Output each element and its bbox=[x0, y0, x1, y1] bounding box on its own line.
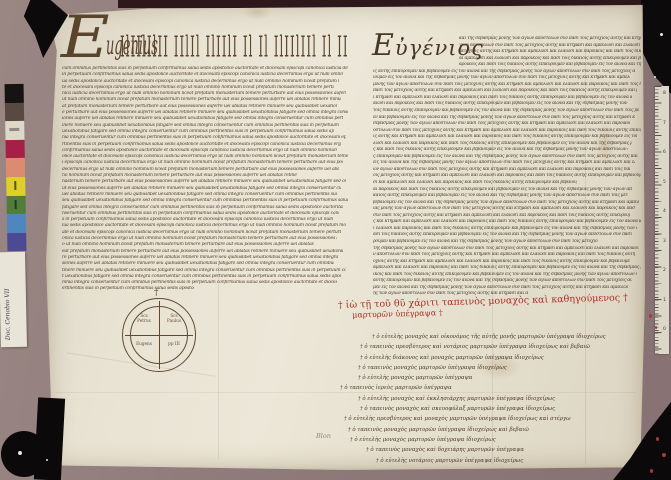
witness-signature-line: † ὁ εὐτελὴς μοναχὸς μαρτυρῶν ὑπέγραψα ἰδ… bbox=[350, 435, 552, 445]
script-line: ᾶσι τοῖς δικαίοις αὐτῆς ἐπικυροῦμεν καὶ … bbox=[373, 232, 632, 239]
script-line: siones auferre uel ablatas retinere minu… bbox=[62, 261, 334, 267]
witness-signature-line: † ὁ ταπεινὸς ἱερεὺς μαρτυρῶν ὑπέγραψα bbox=[340, 383, 493, 393]
script-line: μετοχίοις αὐτῆς καὶ κτήμασι καὶ ἀμπελῶσι… bbox=[459, 49, 641, 56]
ruler-number: 8 bbox=[663, 91, 666, 96]
witness-signature-line: † ὁ εὐτελὴς νοτάριος μαρτυρῶν ὑπέγραψα ἰ… bbox=[376, 456, 596, 466]
latin-text-column: cum omnibus pertinentiis suis in perpetu… bbox=[62, 66, 348, 294]
color-swatch-blue bbox=[7, 214, 26, 233]
script-line: ροῦμεν καὶ βεβαιοῦμεν εἰς τὸν αἰῶνα καὶ … bbox=[373, 239, 598, 246]
script-line: rtinentiis suis in perpetuum confirmamus… bbox=[62, 142, 341, 148]
script-line: ut eius possessiones auferre uel ablatas… bbox=[62, 186, 341, 192]
ruler-number: 0 bbox=[663, 327, 666, 332]
script-line: σι καὶ ἀμπελῶσι καὶ ἐλαιῶσι καὶ παροίκοι… bbox=[373, 180, 577, 187]
color-swatch-dark-brown bbox=[5, 102, 24, 121]
script-line: εἰς τὸν αἰῶνα καὶ τῆς σεβασμίας μονῆς τῶ… bbox=[373, 160, 635, 167]
script-line: lua sedis apostolice auctoritate et dioc… bbox=[62, 223, 346, 229]
witness-signature-line: † ὁ εὐτελὴς διάκονος καὶ μοναχὸς μαρτυρῶ… bbox=[360, 353, 629, 363]
clip-highlight bbox=[18, 451, 22, 455]
ruler-number: 3 bbox=[663, 239, 666, 244]
color-swatch-white bbox=[5, 121, 24, 140]
latin-header-elongated-script: IlIIlIlII IIlIl IlIIlI Il Il IlIIlIIl Il… bbox=[120, 30, 348, 64]
color-swatch-black bbox=[5, 84, 24, 103]
swatch-label-mark bbox=[9, 128, 19, 131]
script-line: o ut nulli omnino hominum liceat prefatu… bbox=[62, 242, 314, 248]
witness-signature-line: † ὁ ταπεινὸς μοναχὸς μαρτυρῶν ὑπέγραψα ἰ… bbox=[358, 363, 578, 373]
color-calibration-bar bbox=[5, 84, 27, 252]
rota-cross-horizontal bbox=[125, 335, 193, 336]
witness-signature-line: † ὁ ταπεινὸς μοναχὸς καὶ δοχειάρης μαρτυ… bbox=[366, 445, 599, 455]
script-line: αὐτῆς ἐπικυροῦμεν καὶ βεβαιοῦμεν εἰς τὸν… bbox=[373, 278, 632, 285]
script-line: ς καὶ κτήμασι καὶ ἀμπελῶσι καὶ ἐλαιῶσι κ… bbox=[373, 219, 641, 226]
witness-signatures: † ὁ εὐτελὴς μοναχὸς καὶ οἰκονόμος τῆς αὐ… bbox=[338, 332, 644, 468]
witness-signature-line: † ὁ εὐτελὴς μοναχὸς μαρτυρῶν ὑπέγραψα bbox=[358, 373, 535, 383]
script-line: iones auferre uel ablatas retinere minue… bbox=[62, 116, 343, 122]
color-swatch-yellow bbox=[6, 177, 25, 196]
script-line: τοῖς δικαίοις αὐτῆς ἐπικυροῦμεν καὶ βεβα… bbox=[373, 108, 639, 115]
witness-signature-line: † ὁ εὐτελὴς πρεσβύτερος καὶ μοναχὸς μαρτ… bbox=[344, 414, 641, 424]
photograph-of-charter: E ugenius IlIIlIlII IIlIl IlIIlI Il Il I… bbox=[0, 0, 671, 480]
color-swatch-crimson bbox=[6, 140, 25, 159]
script-line: καίοις αὐτῆς ἐπικυροῦμεν καὶ βεβαιοῦμεν … bbox=[373, 193, 628, 200]
witness-signature-line: † ὁ εὐτελὴς μοναχὸς καὶ ἐκκλησιάρχης μαρ… bbox=[358, 394, 597, 404]
rota-quadrant-paulus: ScsPaulus bbox=[161, 314, 187, 323]
rota-quadrant-pp: pp III bbox=[161, 342, 187, 347]
script-line: ν ἀποστόλων σὺν πᾶσι τοῖς μετοχίοις αὐτῆ… bbox=[373, 252, 635, 259]
pencil-note: Blon bbox=[316, 432, 331, 440]
red-wax-fleck bbox=[662, 453, 666, 457]
script-line: i episcopi canonica iusticia decernimus … bbox=[62, 160, 343, 166]
script-line: αροίκοις καὶ πᾶσι τοῖς δικαίοις αὐτῆς ἐπ… bbox=[459, 62, 641, 69]
ruler-number: 7 bbox=[663, 121, 666, 126]
ruler-number: 2 bbox=[663, 268, 666, 273]
script-line: καὶ τῆς σεβασμίας μονῆς τῶν ἁγίων ἀποστό… bbox=[459, 36, 641, 43]
script-line: seu quibuslibet uexationibus fatigare se… bbox=[62, 198, 348, 204]
script-line: eat prefatum monasterium temere perturba… bbox=[62, 249, 343, 255]
parchment-sheet: E ugenius IlIIlIlII IIlIl IlIIlI Il Il I… bbox=[46, 4, 645, 470]
greek-text-column: καὶ τῆς σεβασμίας μονῆς τῶν ἁγίων ἀποστό… bbox=[373, 36, 641, 300]
color-swatch-violet bbox=[7, 233, 26, 252]
decorated-initial-E: E bbox=[61, 8, 110, 66]
ruler-number: 4 bbox=[663, 209, 666, 214]
red-wax-fleck bbox=[650, 469, 653, 473]
ruler-number: 1 bbox=[663, 298, 666, 303]
script-line: ις αὐτῆς καὶ κτήμασι καὶ ἀμπελῶσι καὶ ἐλ… bbox=[373, 134, 637, 141]
script-line: nasterium temere perturbare aut eius pos… bbox=[62, 179, 346, 185]
dust-speck bbox=[654, 76, 656, 78]
ruler-scale: 876543210 bbox=[655, 86, 669, 354]
dust-speck bbox=[660, 33, 663, 36]
ruler-number: 5 bbox=[663, 180, 666, 185]
script-line: ς καὶ πᾶσι τοῖς δικαίοις αὐτῆς ἐπικυροῦμ… bbox=[373, 147, 628, 154]
witness-signature-line: † ὁ ταπεινὸς πρεσβύτερος καὶ νοτάριος μα… bbox=[360, 342, 644, 352]
script-line: ἀμπελῶσι καὶ ἐλαιῶσι καὶ παροίκοις καὶ π… bbox=[373, 265, 641, 272]
rota-quadrant-petrus: ScsPetrus bbox=[131, 314, 157, 323]
script-line: ua sedis apostolice auctoritate et dioce… bbox=[62, 79, 339, 85]
archive-label: Doc. Cenobio VII bbox=[0, 252, 27, 348]
papal-rota: ScsPetrus ScsPaulus Eugens pp III bbox=[122, 298, 196, 372]
color-swatch-green bbox=[6, 195, 25, 214]
swatch-mark bbox=[14, 181, 16, 190]
ruler-number: 6 bbox=[663, 150, 666, 155]
red-wax-fleck bbox=[656, 437, 659, 441]
script-line: in perpetuum confirmamus salua sedis apo… bbox=[62, 72, 343, 78]
script-line: ιοῦμεν εἰς τὸν αἰῶνα καὶ τῆς σεβασμίας μ… bbox=[373, 75, 630, 82]
red-wax-fleck bbox=[649, 314, 652, 318]
mounting-knob-bottom-left bbox=[1, 431, 47, 477]
script-line: tinere minuere seu quibuslibet uexationi… bbox=[62, 268, 346, 274]
witness-signature-line: † ὁ ταπεινὸς μοναχὸς καὶ σκευοφύλαξ μαρτ… bbox=[360, 404, 623, 414]
script-line: ertinentiis suis in perpetuum confirmamu… bbox=[62, 286, 194, 292]
rota-quadrant-eugenius: Eugens bbox=[131, 342, 157, 347]
script-line: ίας μονῆς τῶν ἁγίων ἀποστόλων σὺν πᾶσι τ… bbox=[373, 206, 635, 213]
red-wax-fleck bbox=[655, 326, 657, 329]
script-line: nia integra conseruentur cum omnibus per… bbox=[62, 135, 346, 141]
witness-signature-line: † ὁ εὐτελὴς μοναχὸς καὶ οἰκονόμος τῆς αὐ… bbox=[372, 332, 644, 342]
script-line: fatigare sed omnia integra conseruentur … bbox=[62, 205, 343, 211]
rota-top-cross: † bbox=[154, 288, 159, 298]
swatch-mark bbox=[15, 200, 17, 209]
film-corner-top-right bbox=[641, 0, 671, 94]
script-line: πᾶσι τοῖς μετοχίοις αὐτῆς καὶ κτήμασι κα… bbox=[373, 88, 637, 95]
color-swatch-salmon bbox=[6, 158, 25, 177]
script-line: σεβασμίας μονῆς τῶν ἁγίων ἀποστόλων σὺν … bbox=[373, 121, 630, 128]
archive-label-text: Doc. Cenobio VII bbox=[4, 288, 12, 340]
clip-highlight bbox=[46, 459, 48, 461]
script-line: ut nulli omnino hominum liceat prefatum … bbox=[62, 97, 341, 103]
witness-signature-line: † ὁ ταπεινὸς μοναχὸς μαρτυρῶν ὑπέγραψα ἰ… bbox=[348, 425, 599, 435]
